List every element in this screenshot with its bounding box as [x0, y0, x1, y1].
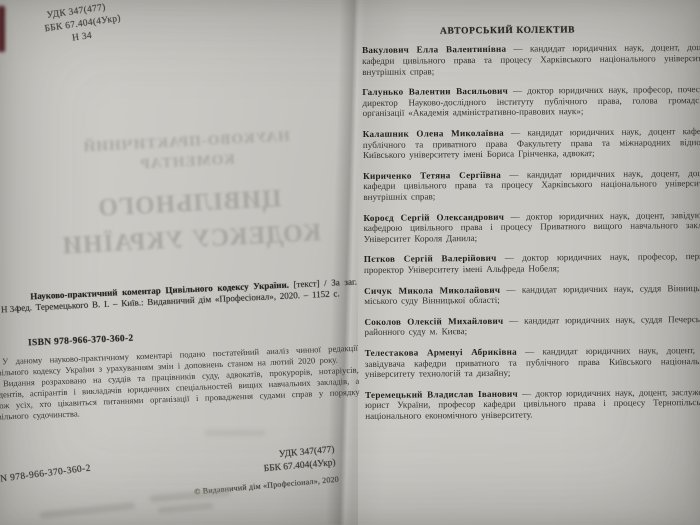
title-show-through: НАУКОВО-ПРАКТИЧНИЙ КОМЕНТАР ЦИВІЛЬНОГО К… — [45, 125, 333, 266]
show-through-smudge — [205, 430, 265, 436]
author-name: Кириченко Тетяна Сергіївна — [363, 169, 501, 180]
author-name: Короєд Сергій Олександрович — [363, 211, 504, 222]
author-entry: Кириченко Тетяна Сергіївна — кандидат юр… — [363, 168, 700, 203]
author-separator: — — [504, 127, 528, 137]
author-name: Сичук Микола Миколайович — [364, 284, 500, 295]
book-spread-photo: { "colors": { "page": "#c7c5c0", "ink": … — [0, 0, 700, 525]
author-name: Телестакова Арменуі Абриківна — [365, 346, 517, 357]
author-entry: Сичук Микола Миколайович — кандидат юрид… — [364, 282, 700, 307]
book-cover-edge — [0, 6, 5, 52]
author-name: Галунько Валентин Васильович — [362, 86, 508, 97]
author-entry: Короєд Сергій Олександрович — доктор юри… — [363, 209, 700, 244]
author-separator: — — [501, 169, 527, 179]
author-entry: Соколов Олексій Михайлович — кандидат юр… — [364, 314, 700, 339]
author-separator: — — [518, 388, 536, 398]
author-name: Соколов Олексій Михайлович — [364, 315, 503, 326]
author-separator: — — [508, 85, 527, 95]
author-name: Теремецький Владислав Іванович — [365, 388, 518, 399]
author-separator: — — [506, 44, 530, 54]
author-separator: — — [496, 253, 522, 263]
author-name: Вакулович Елла Валентинівна — [362, 44, 506, 55]
author-name: Калашник Олена Миколаївна — [363, 128, 504, 139]
author-entry: Теремецький Владислав Іванович — доктор … — [365, 387, 700, 422]
author-separator: — — [517, 346, 543, 356]
author-entry: Галунько Валентин Васильович — доктор юр… — [362, 84, 700, 119]
author-list: Вакулович Елла Валентинівна — кандидат ю… — [362, 42, 700, 432]
authors-heading: АВТОРСЬКИЙ КОЛЕКТИВ — [440, 25, 575, 36]
author-name: Пєтков Сергій Валерійович — [364, 253, 497, 264]
author-separator: — — [500, 284, 522, 294]
author-entry: Вакулович Елла Валентинівна — кандидат ю… — [362, 42, 700, 77]
author-entry: Пєтков Сергій Валерійович — доктор юриди… — [364, 251, 700, 276]
author-entry: Телестакова Арменуі Абриківна — кандидат… — [365, 345, 700, 380]
author-entry: Калашник Олена Миколаївна — кандидат юри… — [363, 126, 700, 161]
author-separator: — — [504, 211, 526, 221]
author-separator: — — [503, 315, 524, 325]
